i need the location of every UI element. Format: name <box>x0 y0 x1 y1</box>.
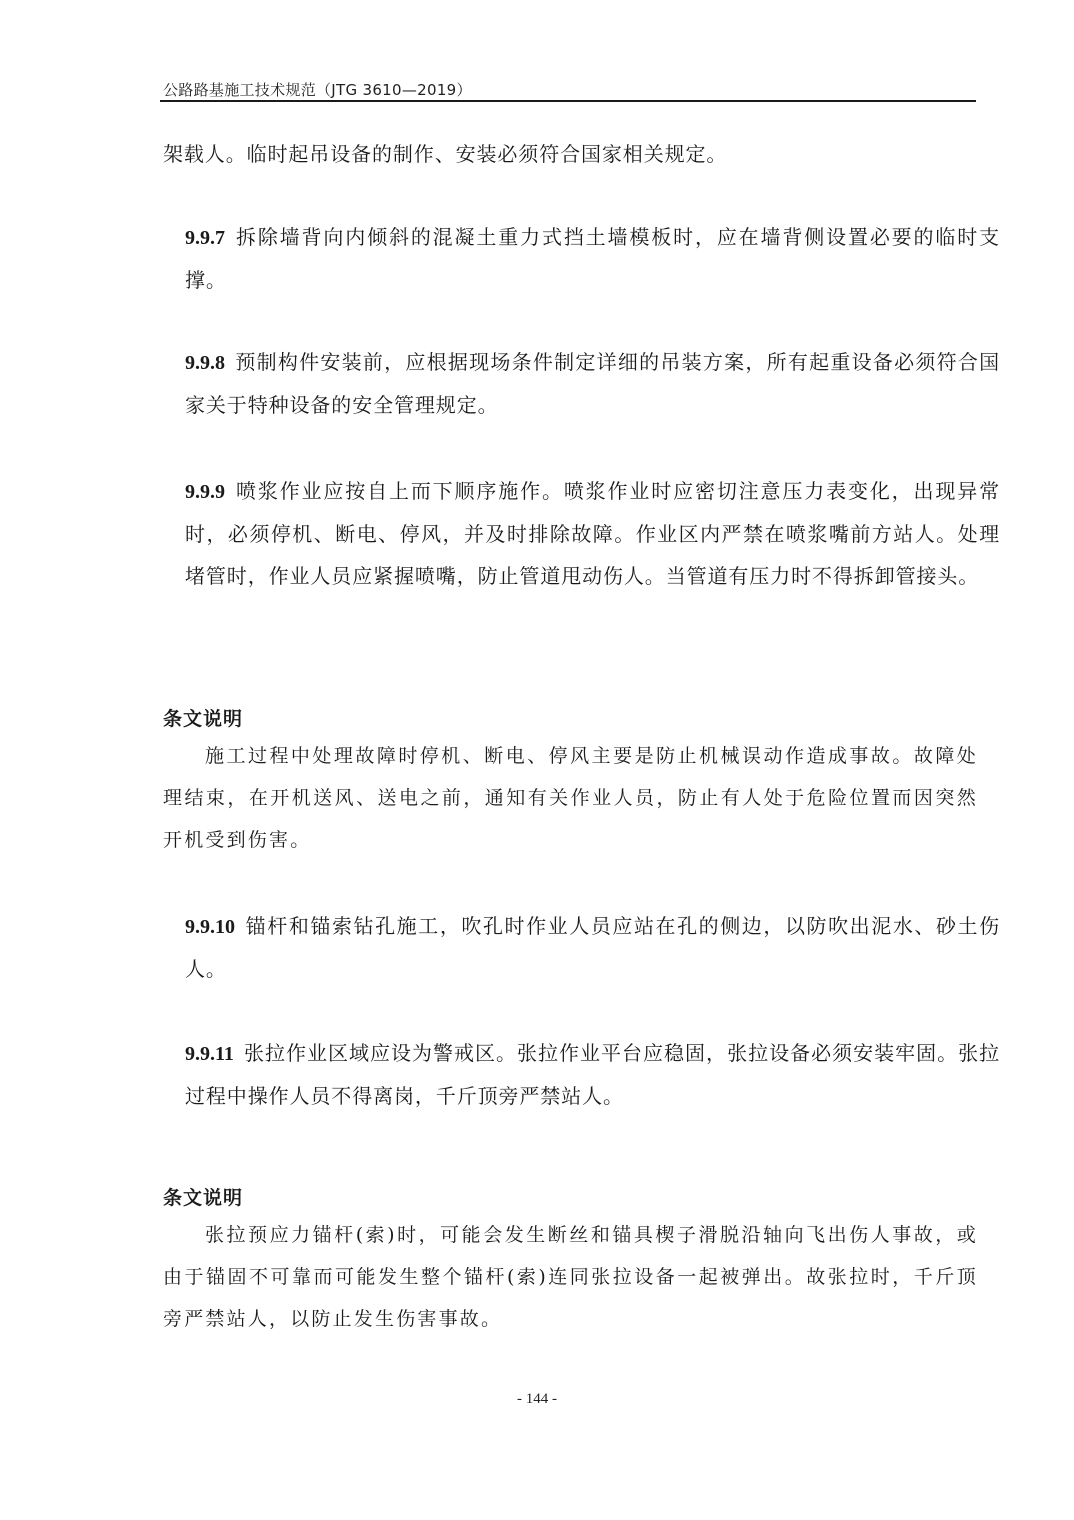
commentary-title: 条文说明 <box>163 1183 243 1210</box>
clause-9-9-8: 9.9.8预制构件安装前，应根据现场条件制定详细的吊装方案，所有起重设备必须符合… <box>163 341 1000 426</box>
clause-9-9-10: 9.9.10锚杆和锚索钻孔施工，吹孔时作业人员应站在孔的侧边，以防吹出泥水、砂土… <box>163 905 1000 990</box>
clause-text: 锚杆和锚索钻孔施工，吹孔时作业人员应站在孔的侧边，以防吹出泥水、砂土伤人。 <box>185 914 1000 981</box>
clause-number: 9.9.7 <box>185 227 225 249</box>
clause-text: 喷浆作业应按自上而下顺序施作。喷浆作业时应密切注意压力表变化，出现异常时，必须停… <box>185 479 1000 588</box>
clause-text: 拆除墙背向内倾斜的混凝土重力式挡土墙模板时，应在墙背侧设置必要的临时支撑。 <box>185 225 1000 292</box>
clause-number: 9.9.8 <box>185 352 225 374</box>
clause-number: 9.9.10 <box>185 916 235 938</box>
commentary-text: 张拉预应力锚杆(索)时，可能会发生断丝和锚具楔子滑脱沿轴向飞出伤人事故，或由于锚… <box>163 1214 978 1340</box>
clause-text: 预制构件安装前，应根据现场条件制定详细的吊装方案，所有起重设备必须符合国家关于特… <box>185 350 1000 417</box>
header-divider <box>160 100 976 102</box>
clause-text: 张拉作业区域应设为警戒区。张拉作业平台应稳固，张拉设备必须安装牢固。张拉过程中操… <box>185 1041 1000 1108</box>
clause-9-9-11: 9.9.11张拉作业区域应设为警戒区。张拉作业平台应稳固，张拉设备必须安装牢固。… <box>163 1032 1000 1117</box>
clause-9-9-9: 9.9.9喷浆作业应按自上而下顺序施作。喷浆作业时应密切注意压力表变化，出现异常… <box>163 470 1000 597</box>
clause-number: 9.9.11 <box>185 1043 234 1065</box>
commentary-text: 施工过程中处理故障时停机、断电、停风主要是防止机械误动作造成事故。故障处理结束，… <box>163 735 978 861</box>
clause-9-9-7: 9.9.7拆除墙背向内倾斜的混凝土重力式挡土墙模板时，应在墙背侧设置必要的临时支… <box>163 216 1000 301</box>
commentary-title: 条文说明 <box>163 704 243 731</box>
running-header: 公路路基施工技术规范（JTG 3610—2019） <box>163 79 472 100</box>
clause-number: 9.9.9 <box>185 481 225 503</box>
paragraph-continuation: 架载人。临时起吊设备的制作、安装必须符合国家相关规定。 <box>163 133 978 175</box>
page-number: - 144 - <box>0 1391 1074 1408</box>
